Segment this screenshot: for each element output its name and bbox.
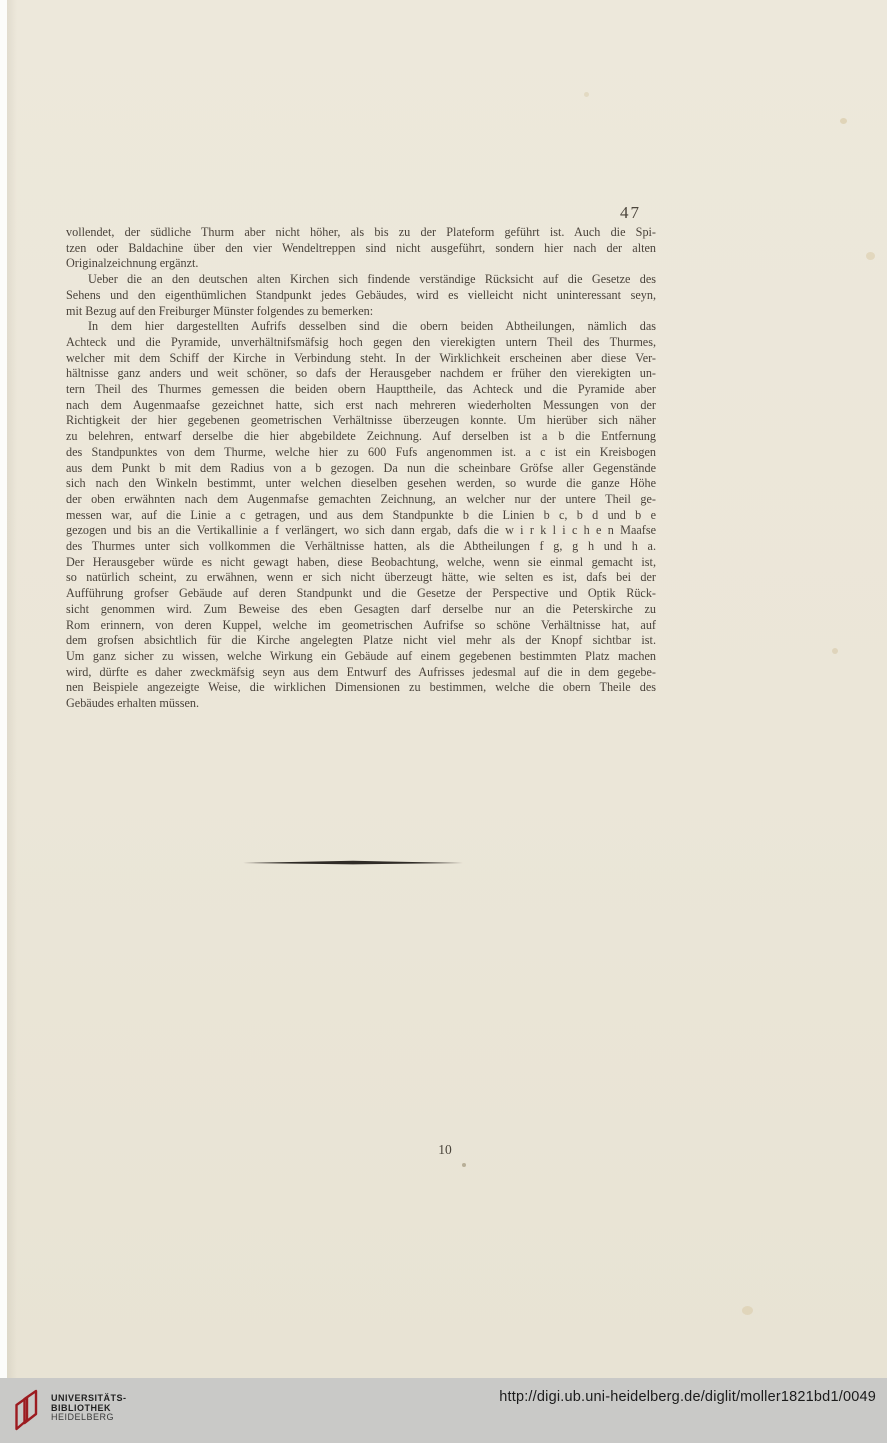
text-line: hältnisse ganz anders und weit schöner, … bbox=[66, 366, 656, 382]
paper-stain bbox=[840, 118, 847, 124]
library-name-line3: HEIDELBERG bbox=[51, 1413, 127, 1423]
paper-stain bbox=[866, 252, 875, 260]
text-line: tern Theil des Thurmes gemessen die beid… bbox=[66, 382, 656, 398]
text-line: mit Bezug auf den Freiburger Münster fol… bbox=[66, 304, 656, 320]
text-line: Der Herausgeber würde es nicht gewagt ha… bbox=[66, 555, 656, 571]
text-line: Richtigkeit der hier gegebenen geometris… bbox=[66, 413, 656, 429]
text-line: Rom erinnern, von deren Kuppel, welche i… bbox=[66, 618, 656, 634]
text-line: Sehens und den eigenthümlichen Standpunk… bbox=[66, 288, 656, 304]
book-page: 47 vollendet, der südliche Thurm aber ni… bbox=[0, 0, 887, 1378]
text-line: aus dem Punkt b mit dem Radius von a b g… bbox=[66, 461, 656, 477]
text-line: messen war, auf die Linie a c getragen, … bbox=[66, 508, 656, 524]
paper-stain bbox=[832, 648, 838, 654]
text-line: welcher mit dem Schiff der Kirche in Ver… bbox=[66, 351, 656, 367]
text-line: Achteck und die Pyramide, unverhältnifsm… bbox=[66, 335, 656, 351]
text-line: des Thurmes unter sich vollkommen die Ve… bbox=[66, 539, 656, 555]
paper-stain bbox=[742, 1306, 753, 1315]
text-line: wird, dürfte es daher zweckmäfsig seyn a… bbox=[66, 665, 656, 681]
text-line: vollendet, der südliche Thurm aber nicht… bbox=[66, 225, 656, 241]
text-line: tzen oder Baldachine über den vier Wende… bbox=[66, 241, 656, 257]
scan-left-edge bbox=[0, 0, 7, 1378]
text-line: In dem hier dargestellten Aufrifs dessel… bbox=[66, 319, 656, 335]
scan-edge-shadow bbox=[7, 0, 17, 1378]
text-line: Aufführung grofser Gebäude auf deren Sta… bbox=[66, 586, 656, 602]
library-name: UNIVERSITÄTS- BIBLIOTHEK HEIDELBERG bbox=[51, 1388, 127, 1431]
library-logo: UNIVERSITÄTS- BIBLIOTHEK HEIDELBERG bbox=[12, 1388, 127, 1431]
text-line: so natürlich scheint, zu erwähnen, wenn … bbox=[66, 570, 656, 586]
text-line: der oben erwähnten nach dem Augenmafse g… bbox=[66, 492, 656, 508]
section-divider-rule bbox=[243, 860, 463, 866]
text-line: sich nach den Winkeln bestimmt, unter we… bbox=[66, 476, 656, 492]
text-line: Ueber die an den deutschen alten Kirchen… bbox=[66, 272, 656, 288]
text-line: zu belehren, entwarf derselbe die hier a… bbox=[66, 429, 656, 445]
text-line: gezogen und bis an die Vertikallinie a f… bbox=[66, 523, 656, 539]
text-line: nach dem Augenmaafse gezeichnet hatte, s… bbox=[66, 398, 656, 414]
text-line: dem grofsen absichtlich für die Kirche a… bbox=[66, 633, 656, 649]
scanned-page-screenshot: 47 vollendet, der südliche Thurm aber ni… bbox=[0, 0, 887, 1443]
paper-stain bbox=[584, 92, 589, 97]
text-line: Um ganz sicher zu wissen, welche Wirkung… bbox=[66, 649, 656, 665]
body-text: vollendet, der südliche Thurm aber nicht… bbox=[66, 225, 656, 712]
paper-stain bbox=[462, 1163, 466, 1167]
text-line: sicht genommen wird. Zum Beweise des ebe… bbox=[66, 602, 656, 618]
text-line: des Standpunktes von dem Thurme, welche … bbox=[66, 445, 656, 461]
text-line: Gebäudes erhalten müssen. bbox=[66, 696, 656, 712]
text-line: nen Beispiele angezeigte Weise, die wirk… bbox=[66, 680, 656, 696]
ub-heidelberg-books-icon bbox=[12, 1389, 43, 1431]
page-number: 47 bbox=[620, 203, 641, 223]
text-line: Originalzeichnung ergänzt. bbox=[66, 256, 656, 272]
digitization-url: http://digi.ub.uni-heidelberg.de/diglit/… bbox=[499, 1389, 876, 1405]
library-footer-bar: UNIVERSITÄTS- BIBLIOTHEK HEIDELBERG http… bbox=[0, 1378, 887, 1443]
sheet-signature-number: 10 bbox=[425, 1142, 465, 1158]
